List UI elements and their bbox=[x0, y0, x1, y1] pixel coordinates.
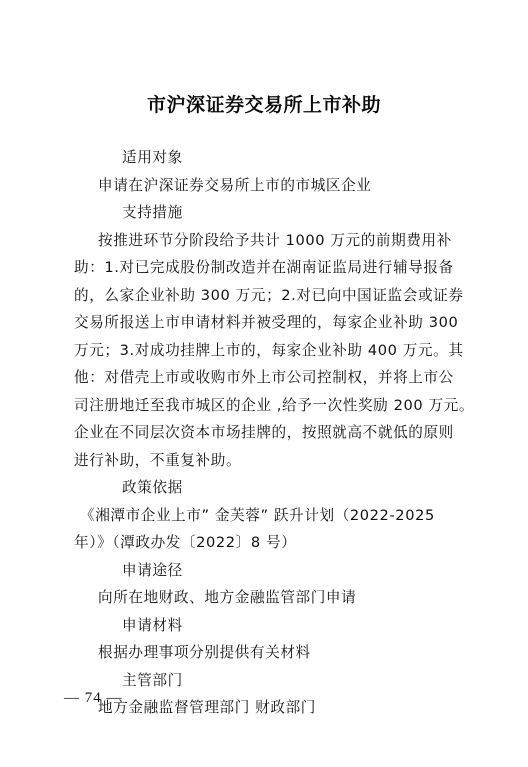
section-body-line: 他：对借壳上市或收购市外上市公司控制权，并将上市公 bbox=[74, 364, 470, 392]
section-body-line: 《湘潭市企业上市” 金芙蓉” 跃升计划（2022-2025 bbox=[80, 502, 470, 530]
section-body-line: 交易所报送上市申请材料并被受理的，每家企业补助 300 bbox=[74, 309, 470, 337]
section-heading-policy-basis: 政策依据 bbox=[98, 474, 470, 502]
section-body-line: 向所在地财政、地方金融监管部门申请 bbox=[98, 584, 470, 612]
section-body-line: 年）》（潭政办发〔2022〕8 号） bbox=[74, 529, 470, 557]
section-body-line: 申请在沪深证券交易所上市的市城区企业 bbox=[98, 172, 470, 200]
section-heading-application-materials: 申请材料 bbox=[98, 612, 470, 640]
section-body-line: 地方金融监督管理部门 财政部门 bbox=[98, 694, 470, 722]
section-heading-applicable-targets: 适用对象 bbox=[98, 144, 470, 172]
section-heading-application-channel: 申请途径 bbox=[98, 557, 470, 585]
section-body-line: 助：1.对已完成股份制改造并在湖南证监局进行辅导报备 bbox=[74, 254, 470, 282]
section-body-line: 进行补助，不重复补助。 bbox=[74, 447, 470, 475]
document-page: 市沪深证券交易所上市补助 适用对象 申请在沪深证券交易所上市的市城区企业 支持措… bbox=[0, 0, 528, 767]
section-heading-competent-department: 主管部门 bbox=[98, 667, 470, 695]
section-body-line: 根据办理事项分别提供有关材料 bbox=[98, 639, 470, 667]
page-number: — 74 — bbox=[64, 690, 123, 707]
section-heading-support-measures: 支持措施 bbox=[98, 199, 470, 227]
section-body-line: 万元；3.对成功挂牌上市的，每家企业补助 400 万元。其 bbox=[74, 337, 470, 365]
section-body-line: 司注册地迁至我市城区的企业 ,给予一次性奖励 200 万元。 bbox=[74, 392, 470, 420]
page-title: 市沪深证券交易所上市补助 bbox=[0, 90, 528, 117]
section-body-line: 的，么家企业补助 300 万元；2.对已向中国证监会或证券 bbox=[74, 282, 470, 310]
document-body: 适用对象 申请在沪深证券交易所上市的市城区企业 支持措施 按推进环节分阶段给予共… bbox=[98, 144, 470, 722]
section-body-line: 企业在不同层次资本市场挂牌的，按照就高不就低的原则 bbox=[74, 419, 470, 447]
section-body-line: 按推进环节分阶段给予共计 1000 万元的前期费用补 bbox=[98, 227, 470, 255]
